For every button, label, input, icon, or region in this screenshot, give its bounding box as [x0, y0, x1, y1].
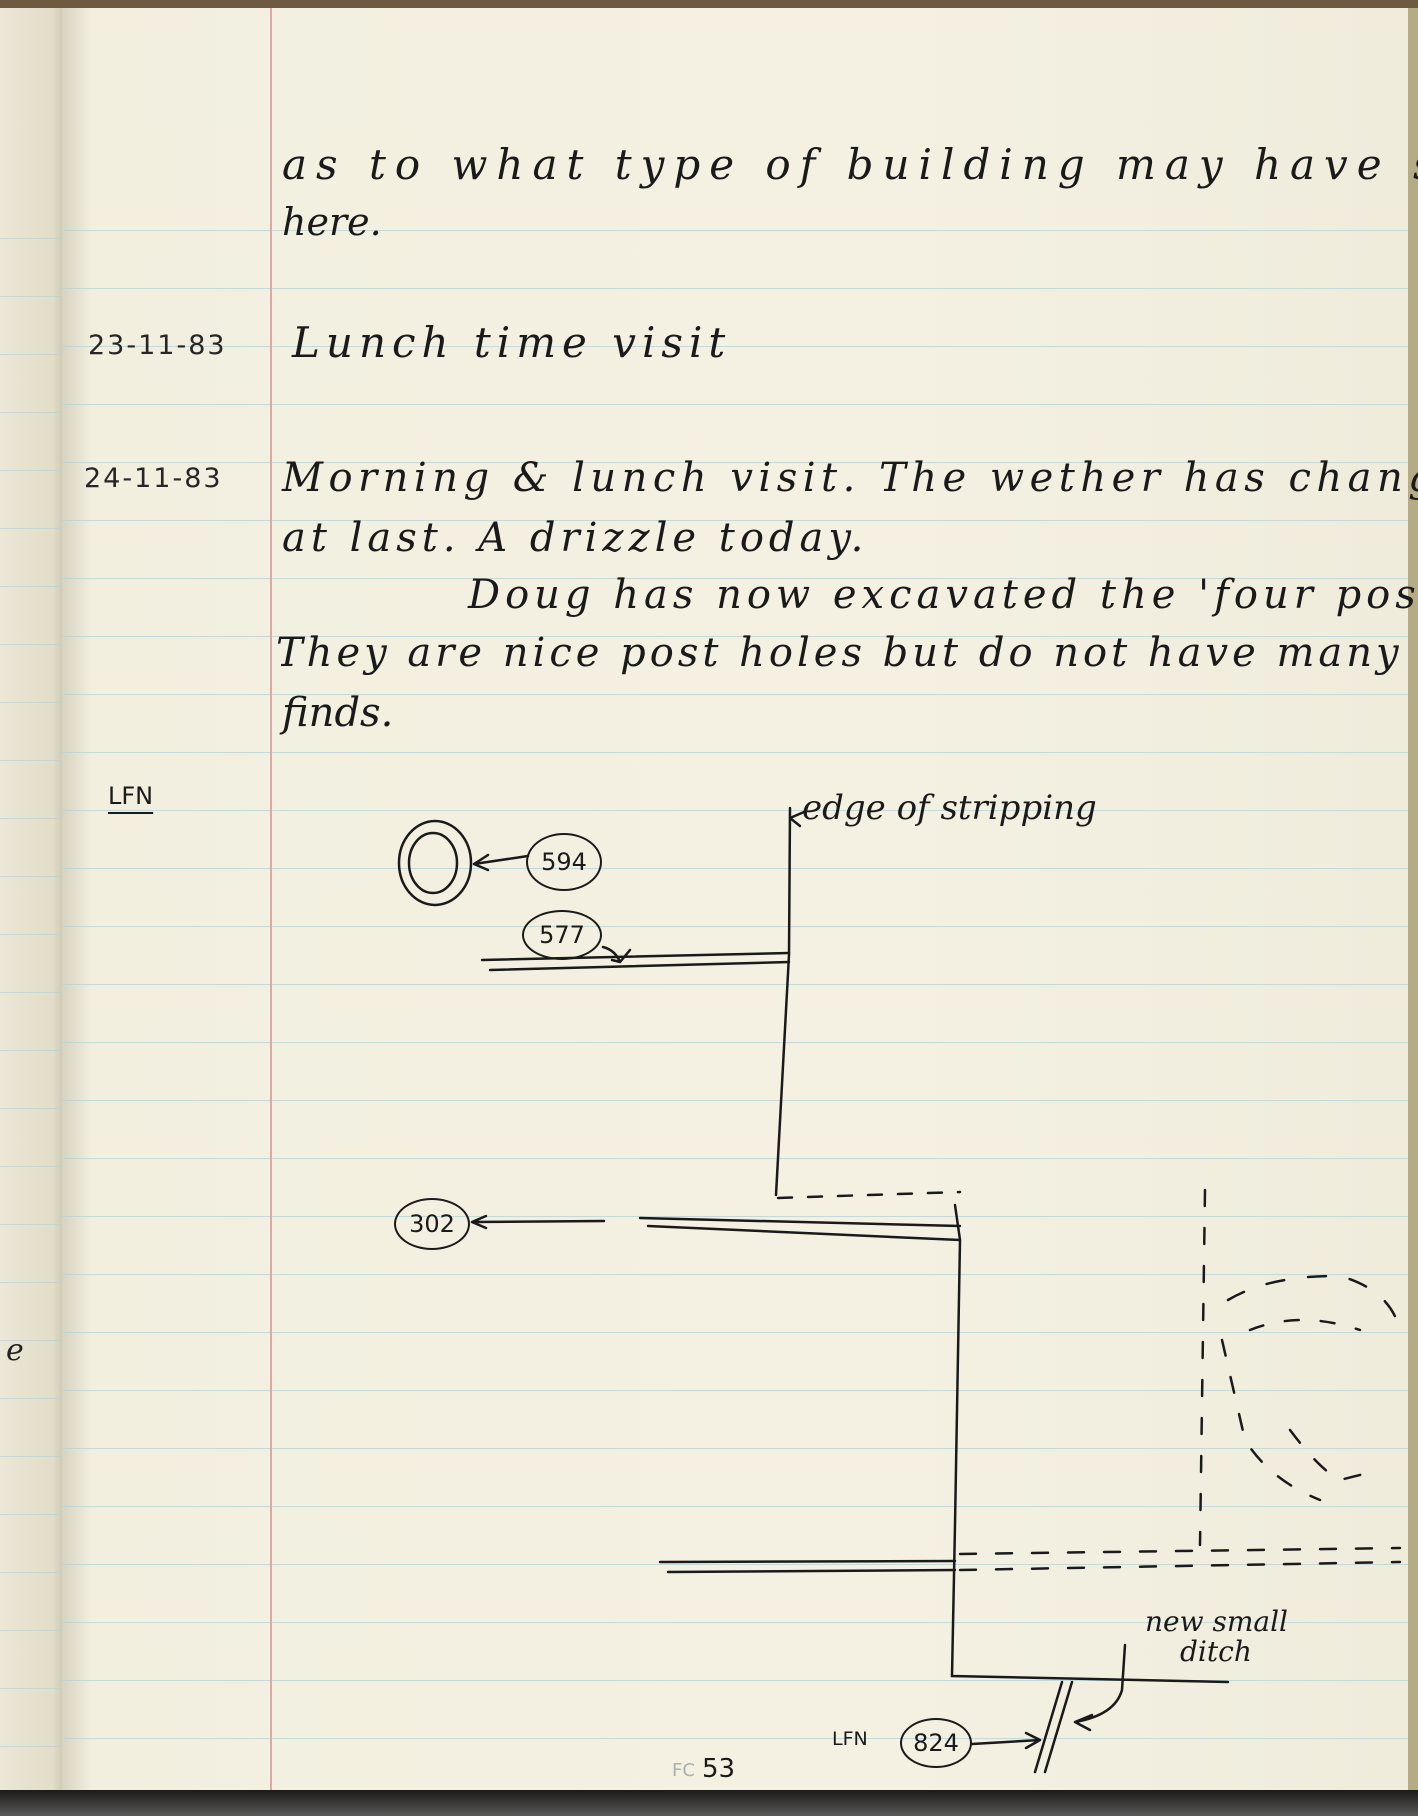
sketch-heading: LFN [108, 782, 153, 810]
feature-number: 594 [541, 848, 587, 876]
feature-number: 302 [409, 1210, 455, 1238]
entry-date: 24-11-83 [84, 463, 223, 494]
left-facing-page: e [0, 8, 66, 1790]
page-number-prefix: FC [672, 1760, 695, 1781]
page-right-edge [1408, 8, 1418, 1790]
red-margin-line [270, 8, 272, 1790]
new-small-ditch-label: ditch [1180, 1635, 1252, 1668]
feature-label-577: 577 [522, 910, 602, 960]
feature-label-594: 594 [526, 833, 602, 891]
entry-text-line: as to what type of building may have sto… [282, 140, 1418, 189]
notebook-bottom-edge [0, 1790, 1418, 1816]
feature-number: 824 [913, 1729, 959, 1757]
notebook-page [62, 8, 1412, 1790]
entry-text-line: They are nice post holes but do not have… [276, 630, 1403, 676]
entry-text-line: Lunch time visit [292, 318, 731, 367]
feature-label-824: 824 [900, 1718, 972, 1768]
new-small-ditch-label: new small [1145, 1605, 1288, 1638]
edge-of-stripping-label: edge of stripping [802, 788, 1097, 828]
entry-text-line: Doug has now excavated the 'four poster'… [468, 572, 1418, 618]
entry-date: 23-11-83 [88, 330, 227, 361]
entry-text-line: here. [282, 200, 382, 244]
page-number: 53 [702, 1754, 735, 1784]
feature-label-302: 302 [394, 1198, 470, 1250]
entry-text-line: Morning & lunch visit. The wether has ch… [282, 455, 1418, 501]
entry-text-line: at last. A drizzle today. [282, 515, 868, 561]
entry-text-line: finds. [282, 690, 393, 736]
lfn-824-prefix: LFN [832, 1728, 868, 1750]
left-page-fragment-char: e [6, 1333, 24, 1368]
feature-number: 577 [539, 921, 585, 949]
